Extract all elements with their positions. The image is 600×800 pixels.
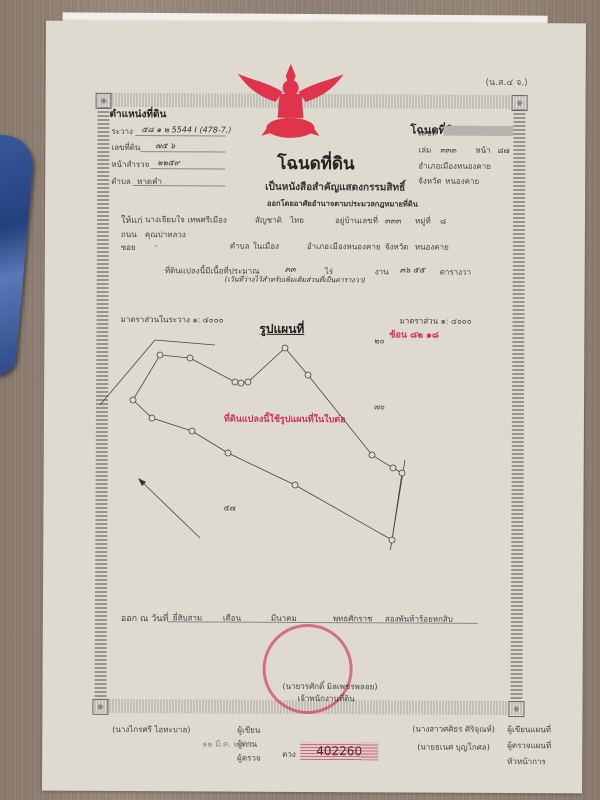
garuda-emblem-icon bbox=[235, 62, 345, 143]
area-wa: ๓๖ ๕๕ bbox=[400, 263, 425, 276]
field-label: อำเภอ bbox=[418, 160, 440, 173]
document-authority: ออกโดยอาศัยอำนาจตามประมวลกฎหมายที่ดิน bbox=[267, 198, 418, 211]
map-checker-name: (นายธเนศ บุญโกศล) bbox=[417, 741, 490, 754]
field-value: เมืองหนองคาย bbox=[440, 160, 491, 173]
road: คุณปาหลวง bbox=[145, 228, 186, 241]
border-right bbox=[510, 109, 525, 701]
owner-prefix: ให้แก่ bbox=[121, 213, 143, 227]
underline bbox=[150, 168, 225, 169]
owner-name: นางเจียมใจ เทพศรีเมือง bbox=[145, 213, 227, 226]
map-writer-role: ผู้เขียนแผนที่ bbox=[507, 723, 551, 736]
field-label: ระวาง bbox=[111, 125, 133, 138]
officer-title: เจ้าพนักงานที่ดิน bbox=[297, 692, 354, 705]
tambon: ในเมือง bbox=[253, 240, 279, 253]
corner-ornament-icon bbox=[512, 95, 528, 111]
province: หนองคาย bbox=[415, 241, 449, 254]
issue-date-prefix: ออก ณ วันที่ bbox=[121, 611, 169, 625]
underline bbox=[135, 135, 225, 136]
issue-month: มีนาคม bbox=[271, 612, 297, 625]
field-value: ๓๓๓ bbox=[440, 144, 456, 157]
road-label: ถนน bbox=[121, 228, 137, 241]
issue-year: สองพันห้าร้อยหกสิบ bbox=[385, 612, 453, 625]
province-label: จังหวัด bbox=[385, 240, 409, 253]
writer-role: ผู้เขียน bbox=[237, 724, 260, 737]
form-number: (น.ส.๔ จ.) bbox=[485, 75, 527, 89]
issue-day: ยี่สิบสาม bbox=[173, 611, 202, 624]
year-label: พุทธศักราช bbox=[333, 612, 373, 625]
soi: - bbox=[155, 241, 158, 250]
field-label: เล่ม bbox=[418, 144, 431, 157]
amphoe: เมืองหนองคาย bbox=[330, 240, 381, 253]
map-writer-name: (นางสาวศศิธร ศิริจุณห์) bbox=[412, 723, 495, 736]
writer-name: (นางไกรศรี ไอทะบาล) bbox=[112, 723, 190, 736]
moo: ๘ bbox=[440, 215, 446, 228]
field-value: หาดคำ bbox=[137, 175, 162, 188]
area-note: (เว้นที่ว่างไว้สำหรับเพิ่มเติมส่วนที่เป็… bbox=[225, 275, 366, 287]
tambon-label: ตำบล bbox=[230, 240, 250, 253]
chief-role: หัวหน้าการ bbox=[507, 755, 546, 768]
soi-label: ซอย bbox=[121, 241, 136, 254]
address-label: อยู่บ้านเลขที่ bbox=[335, 214, 378, 227]
moo-label: หมู่ที่ bbox=[415, 215, 431, 228]
amphoe-label: อำเภอ bbox=[307, 240, 329, 253]
field-label: หน้าสำรวจ bbox=[111, 158, 149, 171]
field-value: ๘๗ bbox=[497, 144, 509, 157]
field-value: หนองคาย bbox=[445, 175, 479, 188]
field-label: หน้า bbox=[475, 144, 490, 157]
field-label: จังหวัด bbox=[418, 175, 442, 188]
location-heading: ตำแหน่งที่ดิน bbox=[109, 107, 166, 122]
serial-prefix: ตวง bbox=[282, 748, 296, 761]
month-label: เดือน bbox=[223, 612, 241, 625]
ngan-label: งาน bbox=[375, 265, 389, 278]
checker-role: ผู้ตรวจ bbox=[237, 752, 260, 765]
field-label: เลขที่ bbox=[418, 127, 436, 140]
field-label: ตำบล bbox=[111, 175, 131, 188]
document-subtitle: เป็นหนังสือสำคัญแสดงกรรมสิทธิ์ bbox=[265, 180, 405, 196]
corner-ornament-icon bbox=[92, 699, 108, 715]
field-label: เลขที่ดิน bbox=[111, 141, 140, 154]
nationality-label: สัญชาติ bbox=[255, 214, 282, 227]
map-checker-role: ผู้ตรวจแผนที่ bbox=[507, 739, 551, 752]
redacted-deed-number bbox=[443, 126, 513, 136]
date-stamp: ๑๒ มี.ค. ๒๕๖๐ bbox=[202, 737, 255, 750]
house-number: ๓๓๓ bbox=[385, 214, 401, 227]
document-title: โฉนดที่ดิน bbox=[277, 150, 354, 177]
nationality: ไทย bbox=[290, 214, 304, 227]
serial-number: 402260 bbox=[300, 742, 378, 760]
underline bbox=[140, 151, 225, 152]
corner-ornament-icon bbox=[508, 701, 524, 717]
parcel-map bbox=[90, 320, 450, 550]
underline bbox=[168, 621, 478, 624]
wa-label: ตารางวา bbox=[440, 266, 471, 279]
